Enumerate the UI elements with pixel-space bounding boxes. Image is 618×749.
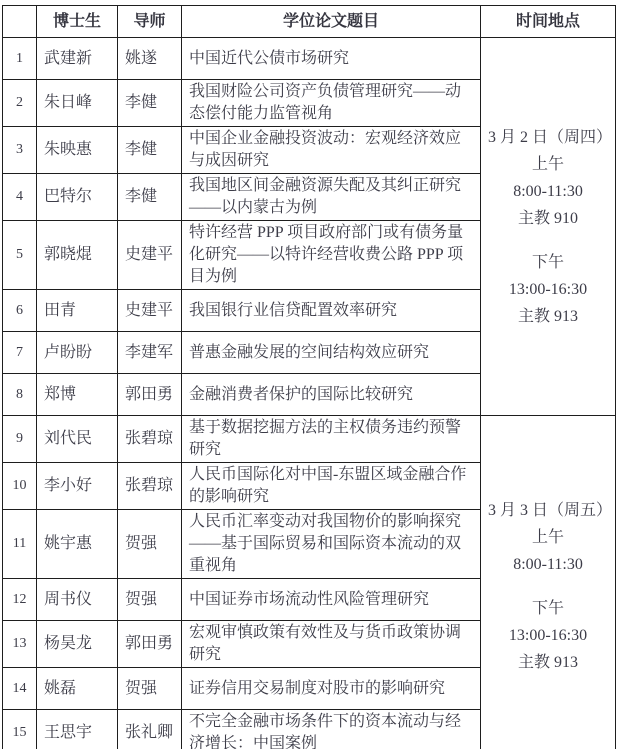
session-afternoon-label: 下午	[488, 249, 608, 276]
session-morning-time: 8:00-11:30	[488, 178, 608, 205]
student-name: 武建新	[37, 38, 118, 80]
session-morning-label: 上午	[488, 524, 608, 551]
session-afternoon-time: 13:00-16:30	[488, 622, 608, 649]
row-number: 12	[3, 579, 37, 621]
student-name: 姚磊	[37, 668, 118, 710]
thesis-title: 我国银行业信贷配置效率研究	[182, 290, 481, 332]
student-name: 田青	[37, 290, 118, 332]
advisor-name: 张碧琼	[118, 416, 182, 463]
advisor-name: 李健	[118, 127, 182, 174]
session-gap	[488, 232, 608, 249]
thesis-title: 宏观审慎政策有效性及与货币政策协调研究	[182, 621, 481, 668]
advisor-name: 张礼卿	[118, 710, 182, 749]
row-number: 9	[3, 416, 37, 463]
session-afternoon-time: 13:00-16:30	[488, 276, 608, 303]
student-name: 杨昊龙	[37, 621, 118, 668]
advisor-name: 贺强	[118, 510, 182, 579]
thesis-title: 人民币汇率变动对我国物价的影响探究——基于国际贸易和国际资本流动的双重视角	[182, 510, 481, 579]
advisor-name: 姚遂	[118, 38, 182, 80]
student-name: 朱日峰	[37, 80, 118, 127]
row-number: 7	[3, 332, 37, 374]
advisor-name: 李健	[118, 174, 182, 221]
row-number: 13	[3, 621, 37, 668]
row-number: 6	[3, 290, 37, 332]
thesis-title: 不完全金融市场条件下的资本流动与经济增长：中国案例	[182, 710, 481, 749]
scanned-page: 博士生 导师 学位论文题目 时间地点 1 武建新 姚遂 中国近代公债市场研究 3…	[0, 0, 618, 749]
thesis-title: 中国企业金融投资波动：宏观经济效应与成因研究	[182, 127, 481, 174]
row-number: 8	[3, 374, 37, 416]
advisor-name: 史建平	[118, 221, 182, 290]
thesis-title: 特许经营 PPP 项目政府部门或有债务量化研究——以特许经营收费公路 PPP 项…	[182, 221, 481, 290]
row-number: 1	[3, 38, 37, 80]
row-number: 3	[3, 127, 37, 174]
row-number: 11	[3, 510, 37, 579]
student-name: 朱映惠	[37, 127, 118, 174]
header-advisor: 导师	[118, 6, 182, 38]
session-date: 3 月 2 日（周四）	[488, 124, 608, 151]
student-name: 刘代民	[37, 416, 118, 463]
thesis-title: 基于数据挖掘方法的主权债务违约预警研究	[182, 416, 481, 463]
student-name: 周书仪	[37, 579, 118, 621]
thesis-title: 我国地区间金融资源失配及其纠正研究——以内蒙古为例	[182, 174, 481, 221]
student-name: 巴特尔	[37, 174, 118, 221]
session-afternoon-room: 主教 913	[488, 303, 608, 330]
thesis-title: 普惠金融发展的空间结构效应研究	[182, 332, 481, 374]
thesis-title: 金融消费者保护的国际比较研究	[182, 374, 481, 416]
session-2-block: 3 月 3 日（周五） 上午 8:00-11:30 下午 13:00-16:30…	[488, 497, 608, 676]
advisor-name: 贺强	[118, 668, 182, 710]
table-header-row: 博士生 导师 学位论文题目 时间地点	[3, 6, 616, 38]
session-2-time-place: 3 月 3 日（周五） 上午 8:00-11:30 下午 13:00-16:30…	[481, 416, 616, 749]
session-1-block: 3 月 2 日（周四） 上午 8:00-11:30 主教 910 下午 13:0…	[488, 124, 608, 330]
advisor-name: 李健	[118, 80, 182, 127]
thesis-title: 中国证券市场流动性风险管理研究	[182, 579, 481, 621]
advisor-name: 贺强	[118, 579, 182, 621]
session-1-time-place: 3 月 2 日（周四） 上午 8:00-11:30 主教 910 下午 13:0…	[481, 38, 616, 416]
session-morning-room: 主教 910	[488, 205, 608, 232]
session-afternoon-label: 下午	[488, 595, 608, 622]
thesis-title: 我国财险公司资产负债管理研究——动态偿付能力监管视角	[182, 80, 481, 127]
session-date: 3 月 3 日（周五）	[488, 497, 608, 524]
student-name: 卢盼盼	[37, 332, 118, 374]
header-index	[3, 6, 37, 38]
thesis-title: 人民币国际化对中国-东盟区域金融合作的影响研究	[182, 463, 481, 510]
student-name: 郑博	[37, 374, 118, 416]
advisor-name: 张碧琼	[118, 463, 182, 510]
thesis-title: 中国近代公债市场研究	[182, 38, 481, 80]
header-thesis-title: 学位论文题目	[182, 6, 481, 38]
advisor-name: 史建平	[118, 290, 182, 332]
row-number: 2	[3, 80, 37, 127]
table-row: 9 刘代民 张碧琼 基于数据挖掘方法的主权债务违约预警研究 3 月 3 日（周五…	[3, 416, 616, 463]
thesis-defense-schedule-table: 博士生 导师 学位论文题目 时间地点 1 武建新 姚遂 中国近代公债市场研究 3…	[2, 5, 616, 749]
session-gap	[488, 578, 608, 595]
row-number: 4	[3, 174, 37, 221]
header-time-place: 时间地点	[481, 6, 616, 38]
row-number: 5	[3, 221, 37, 290]
row-number: 14	[3, 668, 37, 710]
session-afternoon-room: 主教 913	[488, 649, 608, 676]
student-name: 郭晓焜	[37, 221, 118, 290]
student-name: 姚宇惠	[37, 510, 118, 579]
thesis-title: 证券信用交易制度对股市的影响研究	[182, 668, 481, 710]
row-number: 10	[3, 463, 37, 510]
row-number: 15	[3, 710, 37, 749]
advisor-name: 郭田勇	[118, 374, 182, 416]
header-student: 博士生	[37, 6, 118, 38]
advisor-name: 郭田勇	[118, 621, 182, 668]
student-name: 李小好	[37, 463, 118, 510]
session-morning-label: 上午	[488, 151, 608, 178]
advisor-name: 李建军	[118, 332, 182, 374]
session-morning-time: 8:00-11:30	[488, 551, 608, 578]
student-name: 王思宇	[37, 710, 118, 749]
table-row: 1 武建新 姚遂 中国近代公债市场研究 3 月 2 日（周四） 上午 8:00-…	[3, 38, 616, 80]
